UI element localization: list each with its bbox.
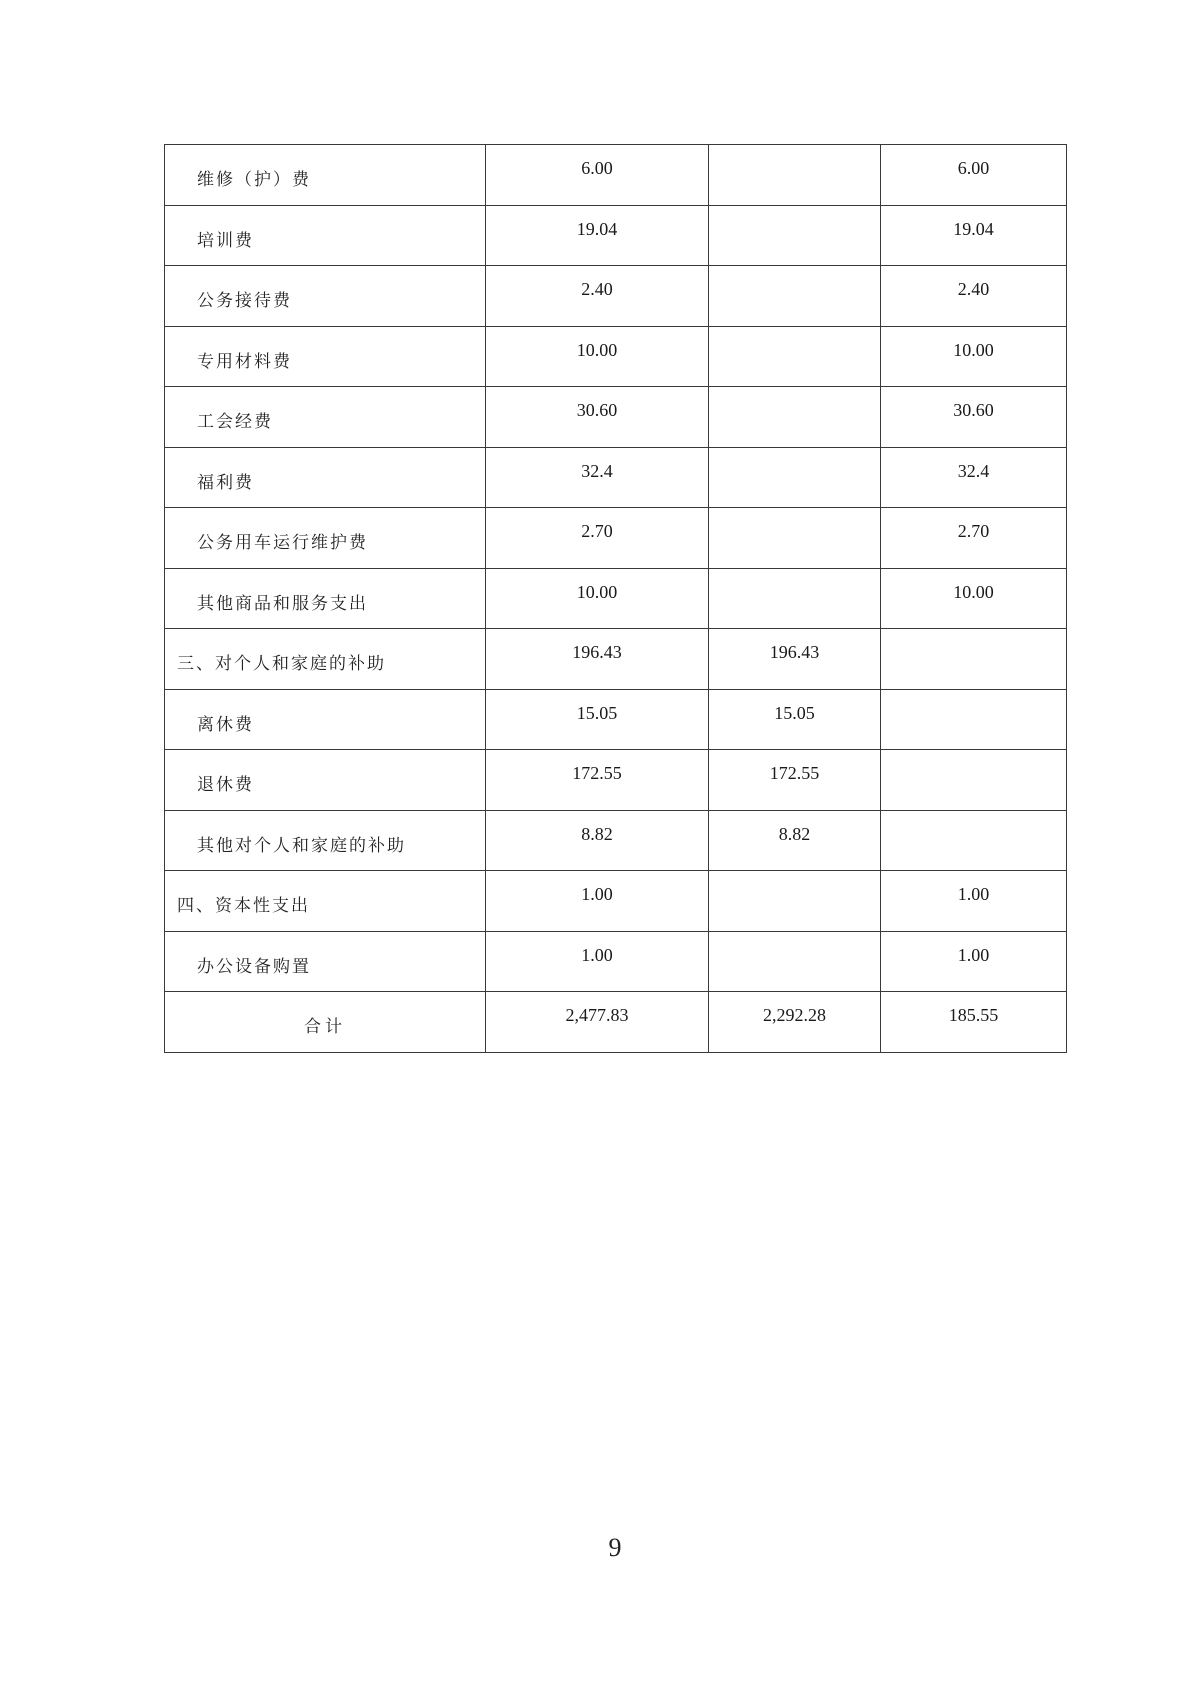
total-cell: 30.60 (486, 387, 709, 448)
total-cell: 2.70 (486, 508, 709, 569)
basic-cell (709, 266, 881, 327)
total-value: 15.05 (486, 690, 708, 724)
basic-value (709, 932, 880, 945)
project-value: 6.00 (881, 145, 1066, 179)
project-cell (881, 629, 1067, 690)
project-value (881, 690, 1066, 703)
project-cell: 19.04 (881, 205, 1067, 266)
table-row: 专用材料费 10.00 10.00 (165, 326, 1067, 387)
basic-cell: 2,292.28 (709, 992, 881, 1053)
total-label: 合计 (165, 992, 485, 1037)
basic-cell (709, 145, 881, 206)
basic-cell: 172.55 (709, 750, 881, 811)
item-cell: 其他商品和服务支出 (165, 568, 486, 629)
project-value: 1.00 (881, 871, 1066, 905)
table-row: 维修（护）费 6.00 6.00 (165, 145, 1067, 206)
project-cell: 2.70 (881, 508, 1067, 569)
item-cell: 维修（护）费 (165, 145, 486, 206)
total-cell: 196.43 (486, 629, 709, 690)
basic-value (709, 266, 880, 279)
category-label: 三、对个人和家庭的补助 (165, 629, 485, 674)
item-label: 专用材料费 (165, 327, 485, 372)
basic-value (709, 145, 880, 158)
total-value: 1.00 (486, 932, 708, 966)
project-cell: 1.00 (881, 931, 1067, 992)
item-label: 办公设备购置 (165, 932, 485, 977)
total-value: 30.60 (486, 387, 708, 421)
item-cell: 合计 (165, 992, 486, 1053)
table-row: 工会经费 30.60 30.60 (165, 387, 1067, 448)
project-value: 32.4 (881, 448, 1066, 482)
item-label: 维修（护）费 (165, 145, 485, 190)
basic-cell: 196.43 (709, 629, 881, 690)
table-row: 离休费 15.05 15.05 (165, 689, 1067, 750)
total-value: 172.55 (486, 750, 708, 784)
project-cell (881, 810, 1067, 871)
table-row: 培训费 19.04 19.04 (165, 205, 1067, 266)
item-cell: 公务用车运行维护费 (165, 508, 486, 569)
total-cell: 6.00 (486, 145, 709, 206)
project-value: 10.00 (881, 569, 1066, 603)
basic-value (709, 387, 880, 400)
project-value: 2.40 (881, 266, 1066, 300)
item-cell: 退休费 (165, 750, 486, 811)
item-cell: 其他对个人和家庭的补助 (165, 810, 486, 871)
item-cell: 工会经费 (165, 387, 486, 448)
project-value (881, 811, 1066, 824)
total-cell: 1.00 (486, 871, 709, 932)
total-cell: 1.00 (486, 931, 709, 992)
project-cell: 10.00 (881, 326, 1067, 387)
basic-total-value: 2,292.28 (709, 992, 880, 1026)
item-label: 离休费 (165, 690, 485, 735)
total-cell: 32.4 (486, 447, 709, 508)
total-cell: 10.00 (486, 568, 709, 629)
basic-cell (709, 205, 881, 266)
basic-value: 172.55 (709, 750, 880, 784)
item-label: 培训费 (165, 206, 485, 251)
table-row: 退休费 172.55 172.55 (165, 750, 1067, 811)
total-cell: 15.05 (486, 689, 709, 750)
basic-cell (709, 931, 881, 992)
item-cell: 培训费 (165, 205, 486, 266)
total-cell: 10.00 (486, 326, 709, 387)
basic-value (709, 871, 880, 884)
basic-value (709, 448, 880, 461)
item-cell: 公务接待费 (165, 266, 486, 327)
project-value: 1.00 (881, 932, 1066, 966)
page-number: 9 (0, 1533, 1199, 1563)
basic-value (709, 327, 880, 340)
item-label: 公务用车运行维护费 (165, 508, 485, 553)
table-row: 其他商品和服务支出 10.00 10.00 (165, 568, 1067, 629)
item-label: 其他对个人和家庭的补助 (165, 811, 485, 856)
item-cell: 办公设备购置 (165, 931, 486, 992)
basic-value (709, 569, 880, 582)
category-label: 四、资本性支出 (165, 871, 485, 916)
project-cell: 32.4 (881, 447, 1067, 508)
total-value: 8.82 (486, 811, 708, 845)
project-cell: 30.60 (881, 387, 1067, 448)
project-cell: 6.00 (881, 145, 1067, 206)
total-value: 10.00 (486, 569, 708, 603)
project-cell: 10.00 (881, 568, 1067, 629)
basic-cell (709, 508, 881, 569)
table-row: 其他对个人和家庭的补助 8.82 8.82 (165, 810, 1067, 871)
project-value (881, 629, 1066, 642)
project-value: 19.04 (881, 206, 1066, 240)
item-cell: 专用材料费 (165, 326, 486, 387)
total-value: 2.40 (486, 266, 708, 300)
basic-value: 15.05 (709, 690, 880, 724)
basic-value (709, 508, 880, 521)
total-cell: 172.55 (486, 750, 709, 811)
basic-value: 196.43 (709, 629, 880, 663)
project-cell (881, 750, 1067, 811)
total-value: 2.70 (486, 508, 708, 542)
total-value: 19.04 (486, 206, 708, 240)
basic-cell (709, 568, 881, 629)
table-row-total: 合计 2,477.83 2,292.28 185.55 (165, 992, 1067, 1053)
item-label: 工会经费 (165, 387, 485, 432)
budget-expenditure-table: 维修（护）费 6.00 6.00 培训费 19.04 19.04 公务接待费 2… (164, 144, 1067, 1053)
basic-cell (709, 447, 881, 508)
project-cell: 1.00 (881, 871, 1067, 932)
project-cell (881, 689, 1067, 750)
total-value: 1.00 (486, 871, 708, 905)
grand-total-value: 2,477.83 (486, 992, 708, 1026)
table-row-category: 四、资本性支出 1.00 1.00 (165, 871, 1067, 932)
table-row: 办公设备购置 1.00 1.00 (165, 931, 1067, 992)
item-cell: 福利费 (165, 447, 486, 508)
item-cell: 四、资本性支出 (165, 871, 486, 932)
project-value (881, 750, 1066, 763)
item-label: 其他商品和服务支出 (165, 569, 485, 614)
item-label: 福利费 (165, 448, 485, 493)
project-cell: 2.40 (881, 266, 1067, 327)
project-value: 30.60 (881, 387, 1066, 421)
project-value: 10.00 (881, 327, 1066, 361)
total-cell: 8.82 (486, 810, 709, 871)
project-cell: 185.55 (881, 992, 1067, 1053)
total-cell: 19.04 (486, 205, 709, 266)
basic-cell (709, 871, 881, 932)
table-row-category: 三、对个人和家庭的补助 196.43 196.43 (165, 629, 1067, 690)
basic-cell: 15.05 (709, 689, 881, 750)
total-value: 32.4 (486, 448, 708, 482)
item-label: 公务接待费 (165, 266, 485, 311)
project-value: 2.70 (881, 508, 1066, 542)
basic-value: 8.82 (709, 811, 880, 845)
basic-cell (709, 326, 881, 387)
project-total-value: 185.55 (881, 992, 1066, 1026)
item-label: 退休费 (165, 750, 485, 795)
total-value: 196.43 (486, 629, 708, 663)
basic-cell: 8.82 (709, 810, 881, 871)
item-cell: 离休费 (165, 689, 486, 750)
basic-cell (709, 387, 881, 448)
item-cell: 三、对个人和家庭的补助 (165, 629, 486, 690)
total-value: 6.00 (486, 145, 708, 179)
total-cell: 2,477.83 (486, 992, 709, 1053)
table-row: 公务用车运行维护费 2.70 2.70 (165, 508, 1067, 569)
basic-value (709, 206, 880, 219)
total-cell: 2.40 (486, 266, 709, 327)
total-value: 10.00 (486, 327, 708, 361)
table-row: 福利费 32.4 32.4 (165, 447, 1067, 508)
document-page: 维修（护）费 6.00 6.00 培训费 19.04 19.04 公务接待费 2… (0, 0, 1199, 1696)
table-row: 公务接待费 2.40 2.40 (165, 266, 1067, 327)
